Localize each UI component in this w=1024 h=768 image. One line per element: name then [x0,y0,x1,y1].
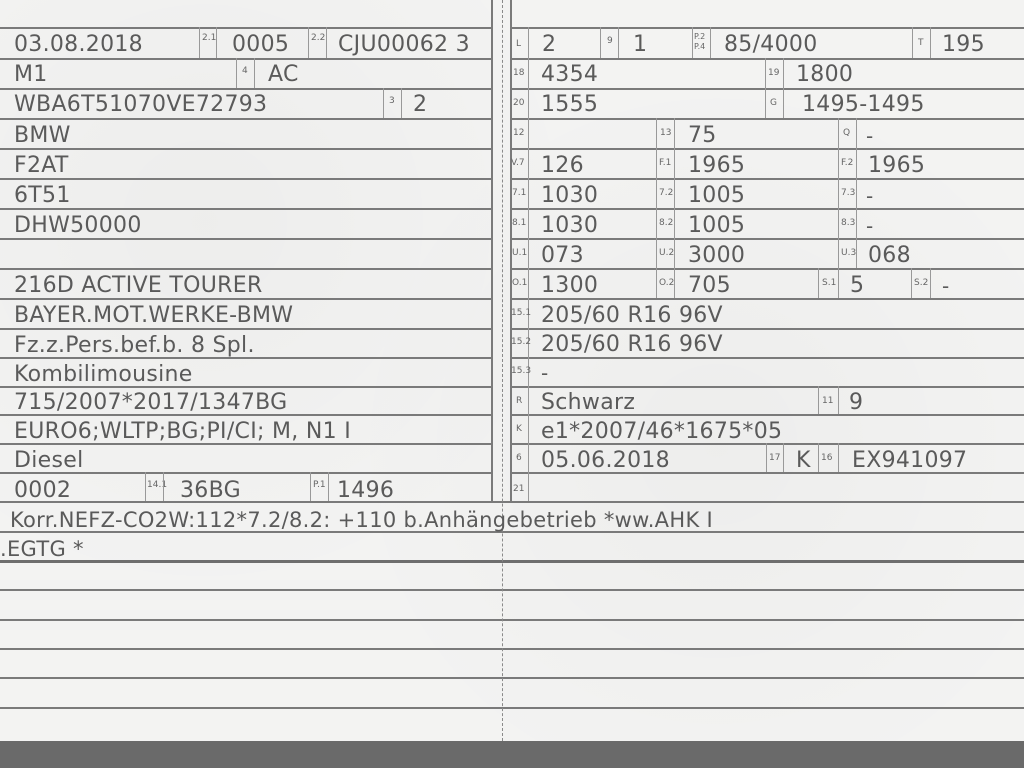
field-label: O.2 [659,278,674,288]
make: BMW [14,124,71,148]
field-v7-value: 126 [541,154,584,178]
fuel-code: 0002 [14,479,71,503]
row-divider [0,501,1024,503]
field-label: U.1 [512,248,527,258]
field-label: 9 [607,36,613,46]
field-label: 4 [242,66,248,76]
field-label: 15.3 [511,366,531,376]
field-label: T [918,38,924,48]
field-2-2-value: CJU00062 3 [338,33,470,57]
field-label: 21 [513,484,524,494]
field-label: 15.1 [511,308,531,318]
section-divider [0,560,1024,563]
field-8-1-value: 1030 [541,214,598,238]
cell-border [911,268,912,298]
field-18-value: 4354 [541,63,598,87]
type: F2AT [14,154,69,178]
field-r-value: Schwarz [541,391,635,415]
cell-border [310,472,311,501]
cell-border [326,27,327,58]
fuel: Diesel [14,449,84,473]
row-divider [0,178,492,180]
emission-regulation: 715/2007*2017/1347BG [14,391,288,415]
field-label: 3 [389,96,395,106]
row-divider [510,386,1024,388]
column-border-left [491,0,493,501]
cell-border [199,27,200,58]
cell-border [710,27,711,58]
cell-border [383,88,384,118]
field-label: 20 [513,98,524,108]
cell-border [674,118,675,268]
row-divider [0,238,492,240]
field-11-value: 9 [849,391,863,415]
field-label: 8.2 [659,218,673,228]
field-7-1-value: 1030 [541,184,598,208]
field-label: F.1 [659,158,671,168]
field-15-1-value: 205/60 R16 96V [541,304,723,328]
field-u3-value: 068 [868,244,911,268]
manufacturer: BAYER.MOT.WERKE-BMW [14,304,293,328]
row-divider [0,707,1024,709]
field-2-1-value: 0005 [232,33,289,57]
field-label: 11 [822,396,833,406]
field-label: P.2 [694,32,705,41]
cell-border [856,118,857,268]
field-label: O.1 [512,278,527,288]
field-t-value: 195 [942,33,985,57]
field-7-3-value: - [866,184,874,208]
field-15-2-value: 205/60 R16 96V [541,333,723,357]
remarks-line-2: .EGTG * [0,537,84,561]
field-label: S.1 [822,278,836,288]
field-label: 2.2 [311,33,325,43]
field-13-value: 75 [688,124,717,148]
row-divider [510,298,1024,300]
row-divider [0,298,492,300]
cell-border [818,443,819,472]
field-14-1-value: 36BG [180,479,241,503]
field-o2-value: 705 [688,274,731,298]
field-label: 16 [821,453,832,463]
cell-border [783,58,784,118]
field-label: 7.2 [659,188,673,198]
field-9-value: 1 [633,33,647,57]
field-label: 17 [769,453,780,463]
field-label: F.2 [841,158,853,168]
field-3-value: 2 [413,93,427,117]
field-s1-value: 5 [850,274,864,298]
field-label: R [516,396,522,406]
cell-border [308,27,309,58]
row-divider [0,118,492,120]
row-divider [510,208,1024,210]
field-label: 19 [768,68,779,78]
field-label: U.2 [659,248,674,258]
field-q-value: - [866,124,874,148]
cell-border [838,268,839,298]
row-divider [510,148,1024,150]
row-divider [0,148,492,150]
field-20-value: 1555 [541,93,598,117]
field-15-3-value: - [541,361,549,385]
registration-document: 03.08.2018 2.1 0005 2.2 CJU00062 3 M1 4 … [0,0,1024,741]
field-19-value: 1800 [796,63,853,87]
field-label: 2.1 [202,33,216,43]
field-16-value: EX941097 [852,449,967,473]
field-label: S.2 [914,278,928,288]
field-label: 8.1 [512,218,526,228]
row-divider [0,208,492,210]
row-divider [510,118,1024,120]
row-divider [510,268,1024,270]
cell-border [912,27,913,58]
field-label: G [770,98,777,108]
field-4-value: AC [268,63,299,87]
cell-border [818,268,819,298]
field-17-value: K [796,449,811,473]
field-label: 7.3 [841,188,855,198]
cell-border [838,386,839,414]
cell-border [783,443,784,472]
fold-line [502,0,504,741]
cell-border [838,118,839,268]
row-divider [0,268,492,270]
cell-border [618,27,619,58]
cell-border [328,472,329,501]
field-u1-value: 073 [541,244,584,268]
row-divider [510,328,1024,330]
field-8-3-value: - [866,214,874,238]
first-registration-date: 03.08.2018 [14,33,143,57]
field-label: 15.2 [511,337,531,347]
field-label: 6 [516,453,522,463]
field-label: K [516,424,522,434]
field-7-2-value: 1005 [688,184,745,208]
vehicle-category: Fz.z.Pers.bef.b. 8 Spl. [14,334,255,358]
field-label: 8.3 [841,218,855,228]
cell-border [254,58,255,88]
field-label: 13 [660,128,671,138]
cell-border [692,27,693,58]
field-l-value: 2 [542,33,556,57]
cell-border [766,443,767,472]
vin: WBA6T51070VE72793 [14,93,267,117]
label-column-border [528,27,529,501]
field-6-value: 05.06.2018 [541,449,670,473]
cell-border [656,268,657,298]
row-divider [510,357,1024,359]
field-label: 12 [513,128,524,138]
field-label: P.1 [313,480,326,490]
cell-border [216,27,217,58]
cell-border [818,386,819,414]
row-divider [0,677,1024,679]
cell-border [930,268,931,298]
row-divider [510,27,1024,29]
cell-border [236,58,237,88]
field-s2-value: - [942,274,950,298]
cell-border [765,58,766,118]
variant: 6T51 [14,184,71,208]
row-divider [510,58,1024,60]
row-divider [0,619,1024,621]
emission-class: EURO6;WLTP;BG;PI/CI; M, N1 I [14,420,351,444]
row-divider [0,58,492,60]
field-label: L [516,39,521,49]
row-divider [0,328,492,330]
cell-border [163,472,164,501]
remarks-line-1: Korr.NEFZ-CO2W:112*7.2/8.2: +110 b.Anhän… [10,508,713,532]
cell-border [401,88,402,118]
row-divider [0,88,492,90]
row-divider [0,589,1024,591]
cell-border [838,443,839,472]
row-divider [0,648,1024,650]
cell-border [145,472,146,501]
field-label: P.4 [694,42,705,51]
row-divider [510,88,1024,90]
field-k-value: e1*2007/46*1675*05 [541,420,782,444]
row-divider [0,27,492,29]
field-p1-value: 1496 [337,479,394,503]
cell-border [930,27,931,58]
version: DHW50000 [14,214,142,238]
field-p2-p4-value: 85/4000 [724,33,818,57]
field-label: U.3 [841,248,856,258]
field-f2-value: 1965 [868,154,925,178]
model-name: 216D ACTIVE TOURER [14,274,263,298]
field-label: Q [843,128,850,138]
field-label: V.7 [511,158,525,168]
scanner-edge [0,741,1024,768]
field-8-2-value: 1005 [688,214,745,238]
body-type: Kombilimousine [14,363,193,387]
field-label: 7.1 [512,188,526,198]
row-divider [510,178,1024,180]
field-label: 14.1 [147,480,167,490]
field-o1-value: 1300 [541,274,598,298]
vehicle-class: M1 [14,63,48,87]
field-g-value: 1495-1495 [802,93,925,117]
field-f1-value: 1965 [688,154,745,178]
row-divider [510,238,1024,240]
field-label: 18 [513,68,524,78]
cell-border [600,27,601,58]
cell-border [656,118,657,268]
field-u2-value: 3000 [688,244,745,268]
